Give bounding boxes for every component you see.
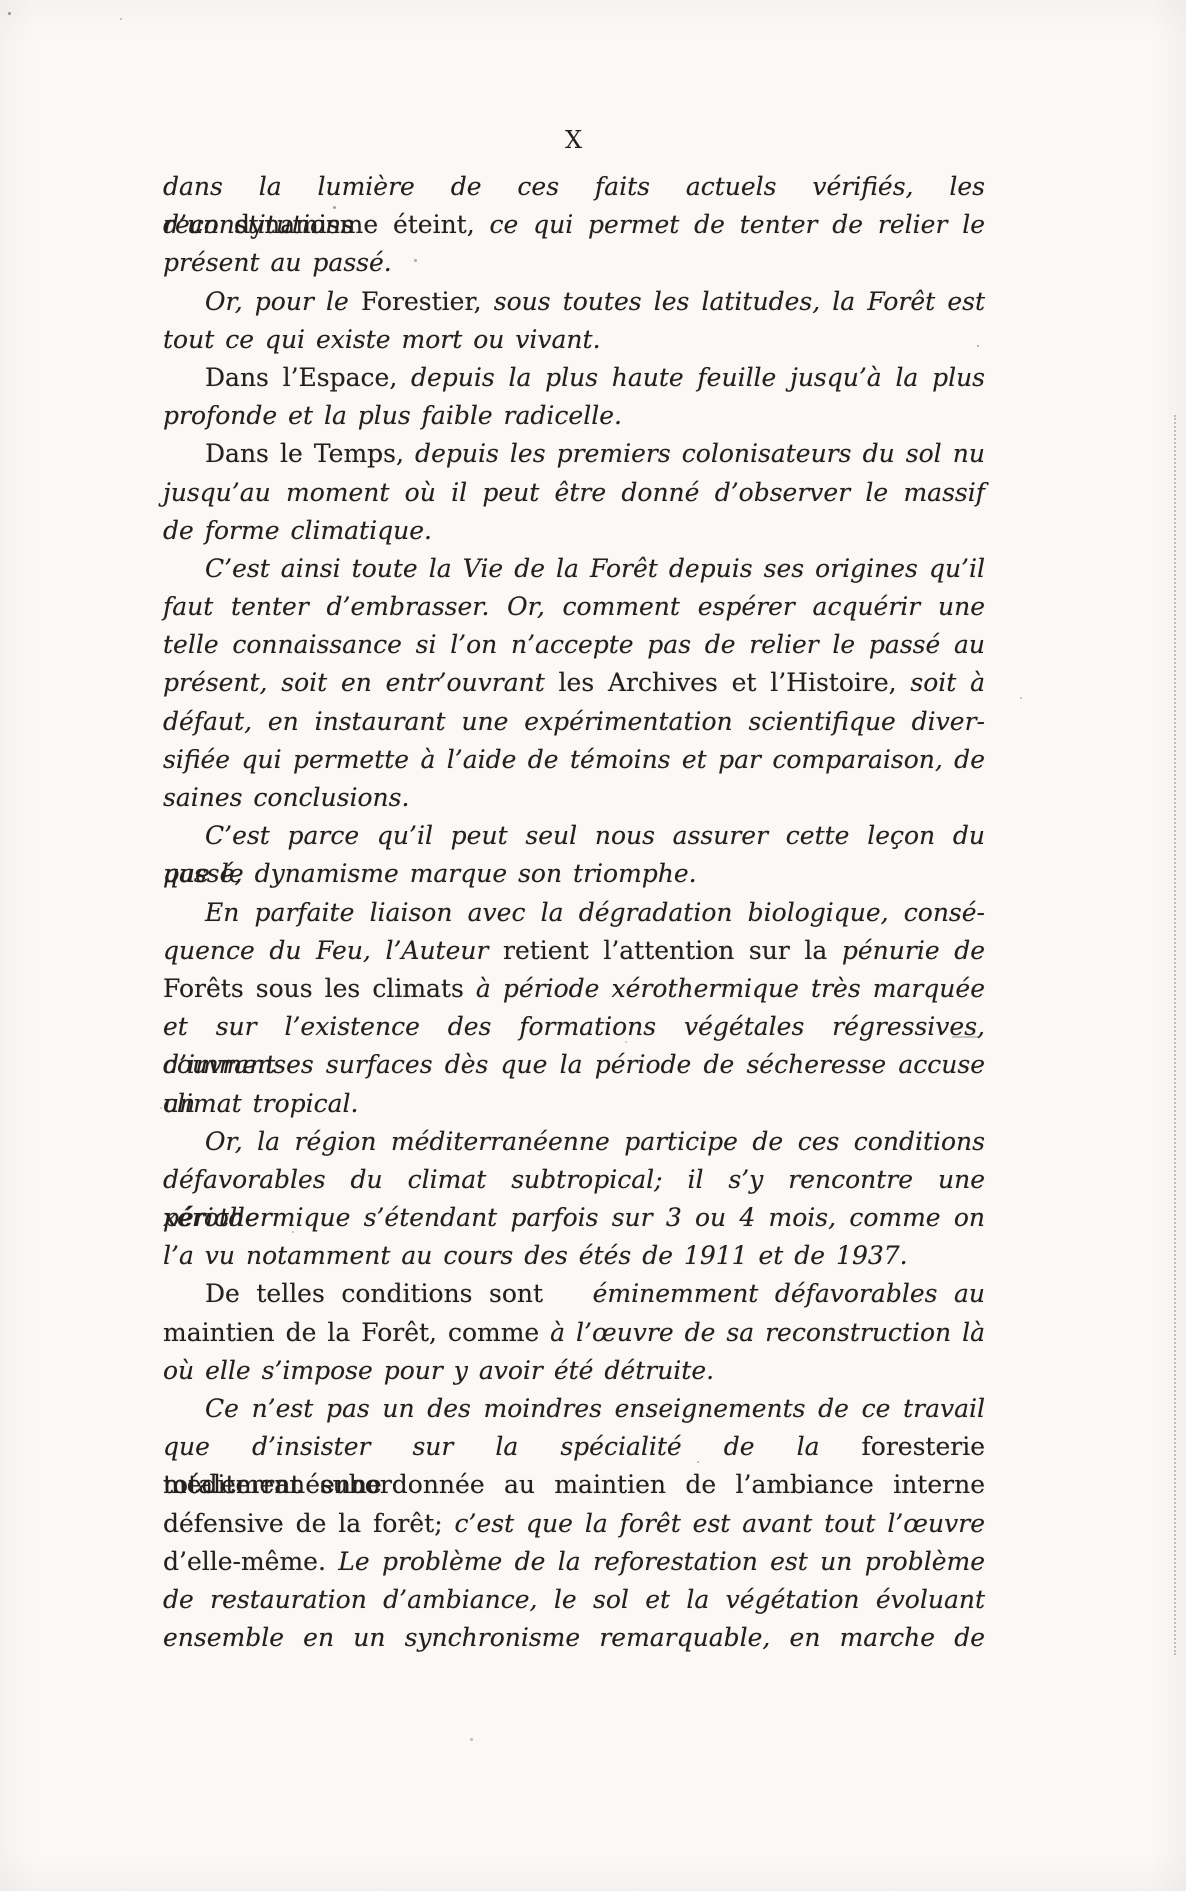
text-segment: ce qui permet de tenter de relier le xyxy=(475,210,985,239)
text-segment: que le dynamisme marque son triomphe. xyxy=(163,859,697,888)
text-line: telle connaissance si l’on n’accepte pas… xyxy=(163,626,985,664)
text-line: Forêts sous les climats à période xéroth… xyxy=(163,970,985,1008)
text-segment: telle connaissance si l’on n’accepte pas… xyxy=(163,630,985,659)
text-segment: pénurie de xyxy=(827,936,985,965)
text-line: d’un dynamisme éteint, ce qui permet de … xyxy=(163,206,985,244)
margin-dash-artifact xyxy=(952,1036,980,1038)
text-segment: éminemment défavorables au xyxy=(543,1279,985,1308)
text-segment: profonde et la plus faible radicelle. xyxy=(163,401,622,430)
text-segment: d’un xyxy=(163,210,234,239)
text-segment: où elle s’impose pour y avoir été détrui… xyxy=(163,1356,714,1385)
text-segment: retient l’attention sur la xyxy=(503,936,827,965)
text-segment: Ce n’est pas un des moindres enseignemen… xyxy=(205,1394,985,1423)
text-line: En parfaite liaison avec la dégradation … xyxy=(163,894,985,932)
text-segment: jusqu’au moment où il peut être donné d’… xyxy=(163,478,985,507)
text-segment: l’a vu notamment au cours des étés de 19… xyxy=(163,1241,908,1270)
text-segment: depuis la plus haute feuille jusqu’à la … xyxy=(397,363,985,392)
scan-speck xyxy=(292,1231,294,1233)
scan-speck xyxy=(414,259,417,262)
text-line: dans la lumière de ces faits actuels vér… xyxy=(163,168,985,206)
text-segment: d’elle-même. xyxy=(163,1547,326,1576)
text-segment: Forêts sous les climats xyxy=(163,974,464,1003)
scan-speck xyxy=(160,1107,162,1109)
text-line: C’est parce qu’il peut seul nous assurer… xyxy=(163,817,985,855)
text-line: de restauration d’ambiance, le sol et la… xyxy=(163,1581,985,1619)
text-line: de forme climatique. xyxy=(163,512,985,550)
scanned-book-page: X dans la lumière de ces faits actuels v… xyxy=(0,0,1186,1891)
scan-speck xyxy=(977,345,979,347)
text-line: et sur l’existence des formations végéta… xyxy=(163,1008,985,1046)
text-segment: depuis les premiers colonisateurs du sol… xyxy=(404,439,985,468)
text-segment: En parfaite liaison avec la dégradation … xyxy=(205,898,985,927)
text-line: présent au passé. xyxy=(163,244,985,282)
text-segment: climat tropical. xyxy=(163,1089,359,1118)
text-segment: soit à xyxy=(897,668,985,697)
text-line: maintien de la Forêt, comme à l’œuvre de… xyxy=(163,1314,985,1352)
text-segment: à période xérothermique très marquée xyxy=(464,974,985,1003)
text-segment: xérothermique s’étendant parfois sur 3 o… xyxy=(163,1203,985,1232)
text-segment: quence du Feu, l’Auteur xyxy=(163,936,503,965)
page-number: X xyxy=(163,126,985,154)
text-segment: Or, pour le xyxy=(205,287,361,316)
text-segment: de forme climatique. xyxy=(163,516,432,545)
text-line: l’a vu notamment au cours des étés de 19… xyxy=(163,1237,985,1275)
text-line: jusqu’au moment où il peut être donné d’… xyxy=(163,474,985,512)
scan-speck xyxy=(120,18,122,20)
text-line: défavorables du climat subtropical; il s… xyxy=(163,1161,985,1199)
text-segment: présent au passé. xyxy=(163,248,392,277)
scan-speck xyxy=(470,1738,473,1741)
text-segment: sifiée qui permette à l’aide de témoins … xyxy=(163,745,985,774)
text-segment: dynamisme éteint, xyxy=(234,210,475,239)
text-line: Ce n’est pas un des moindres enseignemen… xyxy=(163,1390,985,1428)
text-line: quence du Feu, l’Auteur retient l’attent… xyxy=(163,932,985,970)
text-segment: C’est ainsi toute la Vie de la Forêt dep… xyxy=(205,554,985,583)
text-segment: c’est que la forêt est avant tout l’œuvr… xyxy=(443,1509,985,1538)
text-line: défaut, en instaurant une expérimentatio… xyxy=(163,703,985,741)
text-line: d’immenses surfaces dès que la période d… xyxy=(163,1046,985,1084)
text-line: saines conclusions. xyxy=(163,779,985,817)
text-line: Dans l’Espace, depuis la plus haute feui… xyxy=(163,359,985,397)
text-segment: totalement subordonnée au maintien de l’… xyxy=(163,1470,985,1499)
text-segment: les Archives et l’Histoire, xyxy=(559,668,897,697)
text-line: Dans le Temps, depuis les premiers colon… xyxy=(163,435,985,473)
text-segment: défaut, en instaurant une expérimentatio… xyxy=(163,707,985,736)
scan-speck xyxy=(333,206,336,209)
text-line: faut tenter d’embrasser. Or, comment esp… xyxy=(163,588,985,626)
text-segment: Dans l’Espace, xyxy=(205,363,397,392)
text-segment: De telles conditions sont xyxy=(205,1279,543,1308)
scan-speck xyxy=(697,1461,699,1463)
scan-speck xyxy=(845,226,847,228)
text-line: ensemble en un synchronisme remarquable,… xyxy=(163,1619,985,1657)
text-segment: tout ce qui existe mort ou vivant. xyxy=(163,325,601,354)
text-segment: présent, soit en entr’ouvrant xyxy=(163,668,559,697)
text-segment: Forestier, xyxy=(361,287,482,316)
text-segment: faut tenter d’embrasser. Or, comment esp… xyxy=(163,592,985,621)
page-edge-artifact xyxy=(1174,415,1176,1655)
text-line: Or, la région méditerranéenne participe … xyxy=(163,1123,985,1161)
text-line: d’elle-même. Le problème de la reforesta… xyxy=(163,1543,985,1581)
scan-speck xyxy=(625,1041,627,1043)
text-segment: saines conclusions. xyxy=(163,783,409,812)
text-segment: que d’insister sur la spécialité de la xyxy=(163,1432,862,1461)
text-segment: Dans le Temps, xyxy=(205,439,404,468)
text-line: totalement subordonnée au maintien de l’… xyxy=(163,1466,985,1504)
text-segment: maintien de la Forêt, comme xyxy=(163,1318,539,1347)
text-line: tout ce qui existe mort ou vivant. xyxy=(163,321,985,359)
text-line: xérothermique s’étendant parfois sur 3 o… xyxy=(163,1199,985,1237)
text-line: De telles conditions sont éminemment déf… xyxy=(163,1275,985,1313)
text-line: que le dynamisme marque son triomphe. xyxy=(163,855,985,893)
text-line: Or, pour le Forestier, sous toutes les l… xyxy=(163,283,985,321)
text-segment: Or, la région méditerranéenne participe … xyxy=(205,1127,985,1156)
text-segment: défensive de la forêt; xyxy=(163,1509,443,1538)
text-line: présent, soit en entr’ouvrant les Archiv… xyxy=(163,664,985,702)
text-line: défensive de la forêt; c’est que la forê… xyxy=(163,1505,985,1543)
text-line: profonde et la plus faible radicelle. xyxy=(163,397,985,435)
text-block: dans la lumière de ces faits actuels vér… xyxy=(163,168,985,1657)
text-segment: de restauration d’ambiance, le sol et la… xyxy=(163,1585,985,1614)
scan-speck xyxy=(8,12,11,15)
text-line: sifiée qui permette à l’aide de témoins … xyxy=(163,741,985,779)
text-segment: à l’œuvre de sa reconstruction là xyxy=(539,1318,985,1347)
text-line: où elle s’impose pour y avoir été détrui… xyxy=(163,1352,985,1390)
text-line: que d’insister sur la spécialité de la f… xyxy=(163,1428,985,1466)
text-line: climat tropical. xyxy=(163,1085,985,1123)
text-segment: Le problème de la reforestation est un p… xyxy=(326,1547,985,1576)
text-segment: ensemble en un synchronisme remarquable,… xyxy=(163,1623,985,1652)
text-line: C’est ainsi toute la Vie de la Forêt dep… xyxy=(163,550,985,588)
text-segment: sous toutes les latitudes, la Forêt est xyxy=(482,287,985,316)
scan-speck xyxy=(1020,697,1022,699)
